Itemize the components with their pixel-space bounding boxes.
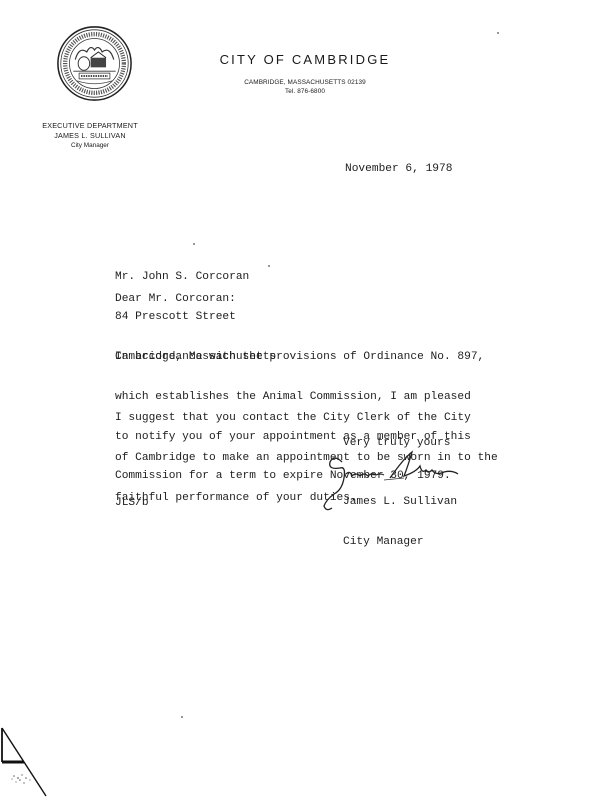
reference-initials: JLS/b <box>115 497 149 510</box>
scan-speck <box>181 716 183 718</box>
department-official: JAMES L. SULLIVAN <box>30 131 150 141</box>
recipient-street: 84 Prescott Street <box>115 311 276 324</box>
recipient-name: Mr. John S. Corcoran <box>115 271 276 284</box>
letterhead-address: CAMBRIDGE, MASSACHUSETTS 02139 Tel. 876-… <box>200 78 410 96</box>
paragraph-line: In accordance with the provisions of Ord… <box>115 351 484 364</box>
department-block: EXECUTIVE DEPARTMENT JAMES L. SULLIVAN C… <box>30 121 150 151</box>
letterhead-title: CITY OF CAMBRIDGE <box>200 52 410 67</box>
salutation: Dear Mr. Corcoran: <box>115 293 236 306</box>
letterhead-phone: Tel. 876-6800 <box>200 87 410 96</box>
scan-speck <box>193 243 195 245</box>
signer-name: James L. Sullivan <box>343 496 457 509</box>
letterhead-address-line: CAMBRIDGE, MASSACHUSETTS 02139 <box>200 78 410 87</box>
city-seal-icon <box>56 25 133 102</box>
signer-title: City Manager <box>343 536 457 549</box>
scan-speck <box>268 265 270 267</box>
department-official-title: City Manager <box>30 141 150 151</box>
signer-block: James L. Sullivan City Manager <box>343 470 457 562</box>
department-name: EXECUTIVE DEPARTMENT <box>30 121 150 131</box>
paragraph-line: I suggest that you contact the City Cler… <box>115 412 498 425</box>
scan-speck <box>497 32 499 34</box>
letter-date: November 6, 1978 <box>345 163 452 176</box>
corner-triangle-mark-icon <box>0 720 60 800</box>
